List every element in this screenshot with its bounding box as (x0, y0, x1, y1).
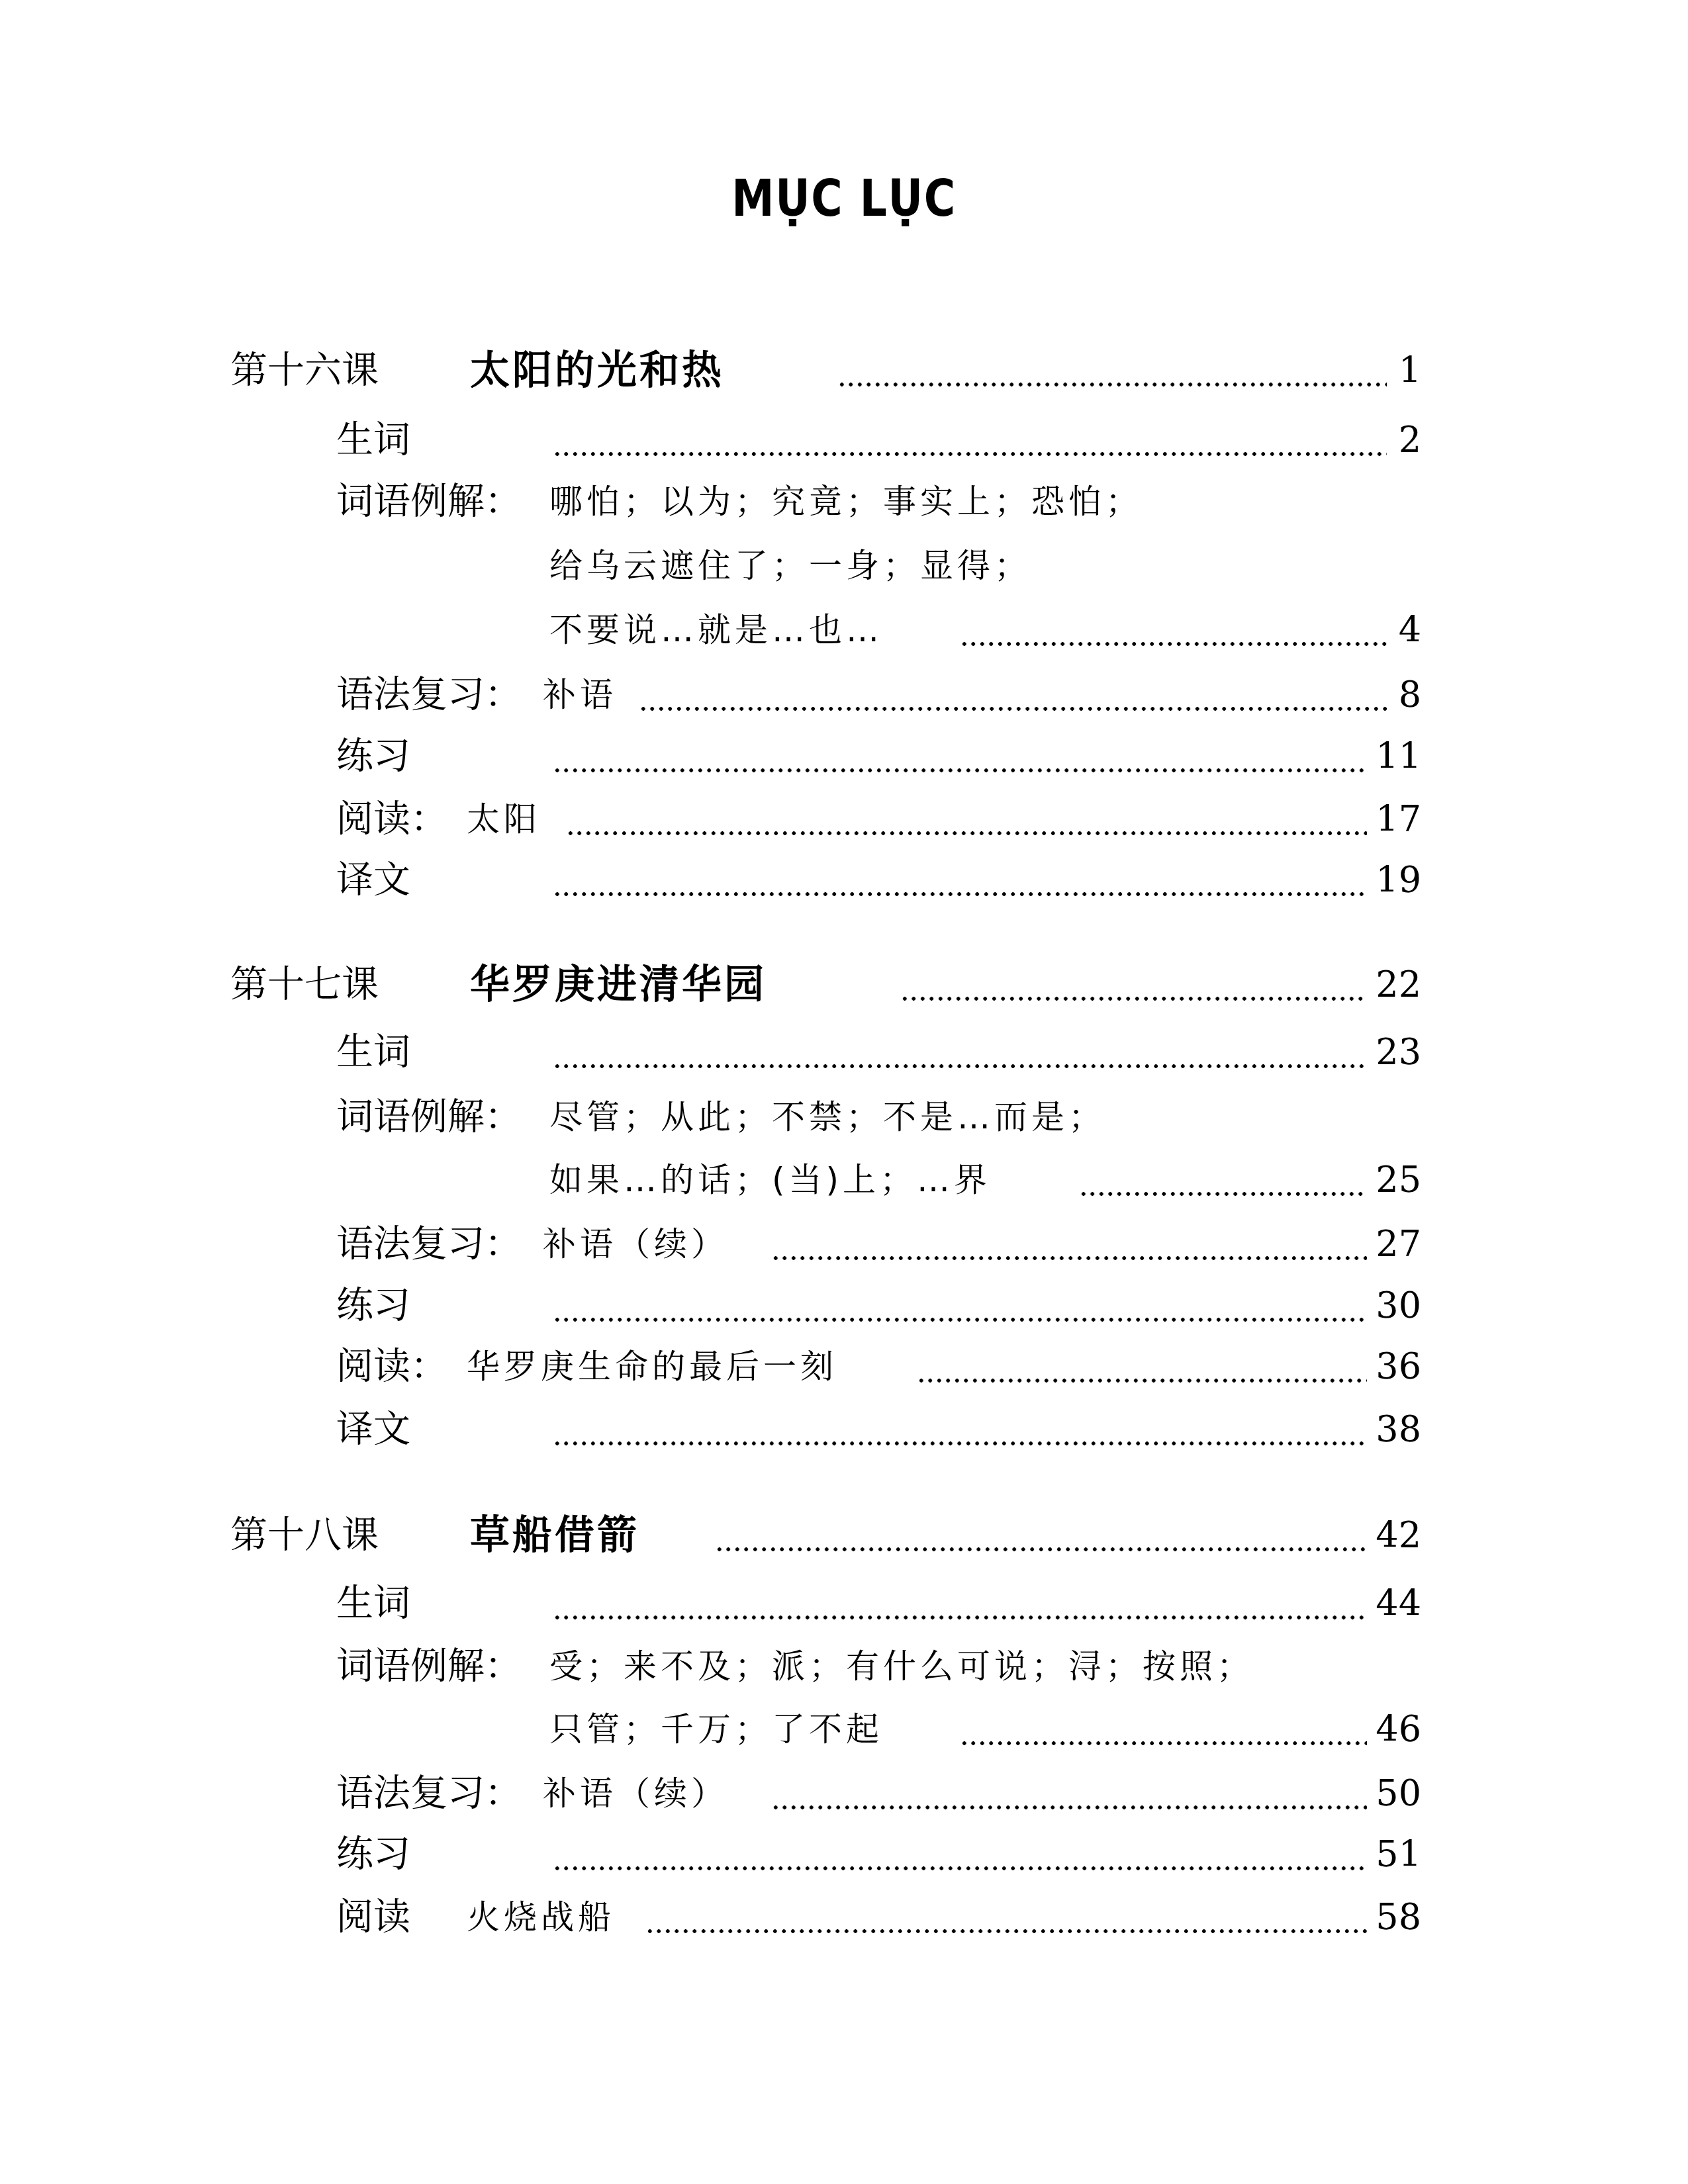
entry-detail: 只管；千万；了不起 (549, 1703, 883, 1756)
toc-entry-exercises[interactable]: 练习 30 (0, 1279, 1688, 1332)
page-number: 11 (1376, 730, 1421, 783)
page-number: 4 (1399, 604, 1421, 657)
toc-entry-exercises[interactable]: 练习 11 (0, 730, 1688, 783)
dot-leader (715, 1546, 1367, 1553)
entry-label: 词语例解： (336, 475, 522, 528)
toc-entry-vocabulary[interactable]: 生词 2 (0, 414, 1688, 467)
toc-entry-word-examples[interactable]: 词语例解： 哪怕；以为；究竟；事实上；恐怕； (0, 475, 1688, 528)
dot-leader (771, 1255, 1367, 1261)
entry-label: 练习 (336, 1828, 410, 1881)
toc-entry-translation[interactable]: 译文 19 (0, 854, 1688, 907)
page-number: 42 (1376, 1509, 1421, 1562)
entry-label: 生词 (336, 1577, 410, 1630)
page-number: 58 (1376, 1891, 1421, 1944)
entry-label: 练习 (336, 1279, 410, 1332)
page-title: MỤC LỤC (126, 169, 1562, 228)
toc-entry-reading[interactable]: 阅读 火烧战船 58 (0, 1891, 1688, 1944)
toc-entry-continuation[interactable]: 不要说…就是…也… 4 (0, 604, 1688, 657)
entry-detail: 补语（续） (543, 1218, 728, 1271)
entry-label: 阅读 (336, 1891, 410, 1944)
dot-leader (553, 1316, 1367, 1323)
dot-leader (960, 1740, 1367, 1747)
entry-detail: 尽管；从此；不禁；不是…而是； (549, 1091, 1105, 1144)
entry-label: 语法复习： (336, 1218, 522, 1271)
entry-detail: 太阳 (467, 793, 541, 846)
toc-lesson-18[interactable]: 第十八课 草船借箭 42 (0, 1509, 1688, 1562)
dot-leader (917, 1377, 1367, 1384)
dot-leader (553, 891, 1367, 897)
toc-lesson-16[interactable]: 第十六课 太阳的光和热 1 (0, 344, 1688, 397)
page-number: 2 (1399, 414, 1421, 467)
dot-leader (1079, 1191, 1367, 1197)
entry-detail: 不要说…就是…也… (549, 604, 883, 657)
entry-detail: 补语（续） (543, 1767, 728, 1820)
entry-label: 译文 (336, 854, 410, 907)
entry-detail: 火烧战船 (467, 1891, 615, 1944)
dot-leader (553, 767, 1367, 774)
entry-label: 生词 (336, 1026, 410, 1079)
dot-leader (645, 1928, 1367, 1934)
lesson-title: 太阳的光和热 (470, 344, 724, 397)
page-number: 38 (1376, 1403, 1421, 1456)
page-number: 23 (1376, 1026, 1421, 1079)
entry-label: 译文 (336, 1403, 410, 1456)
dot-leader (553, 451, 1387, 457)
entry-label: 词语例解： (336, 1640, 522, 1693)
entry-label: 语法复习： (336, 668, 522, 721)
dot-leader (553, 1614, 1367, 1621)
entry-detail: 补语 (543, 668, 617, 721)
dot-leader (566, 830, 1367, 837)
page-number: 30 (1376, 1279, 1421, 1332)
toc-lesson-17[interactable]: 第十七课 华罗庚进清华园 22 (0, 958, 1688, 1011)
page-number: 25 (1376, 1154, 1421, 1206)
toc-entry-exercises[interactable]: 练习 51 (0, 1828, 1688, 1881)
toc-entry-continuation[interactable]: 如果…的话；(当)上；…界 25 (0, 1154, 1688, 1206)
entry-label: 练习 (336, 730, 410, 783)
dot-leader (960, 641, 1387, 647)
toc-entry-word-examples[interactable]: 词语例解： 尽管；从此；不禁；不是…而是； (0, 1091, 1688, 1144)
toc-entry-continuation[interactable]: 给乌云遮住了；一身；显得； (0, 539, 1688, 592)
page-number: 44 (1376, 1577, 1421, 1630)
entry-label: 语法复习： (336, 1767, 522, 1820)
page-number: 50 (1376, 1767, 1421, 1820)
dot-leader (553, 1865, 1367, 1872)
entry-label: 阅读： (336, 1340, 447, 1393)
toc-entry-word-examples[interactable]: 词语例解： 受；来不及；派；有什么可说；浔；按照； (0, 1640, 1688, 1693)
toc-entry-reading[interactable]: 阅读： 华罗庚生命的最后一刻 36 (0, 1340, 1688, 1393)
toc-entry-grammar[interactable]: 语法复习： 补语（续） 27 (0, 1218, 1688, 1271)
dot-leader (837, 381, 1387, 388)
entry-detail: 华罗庚生命的最后一刻 (467, 1340, 837, 1393)
toc-entry-reading[interactable]: 阅读： 太阳 17 (0, 793, 1688, 846)
toc-entry-continuation[interactable]: 只管；千万；了不起 46 (0, 1703, 1688, 1756)
lesson-title: 华罗庚进清华园 (470, 958, 767, 1011)
dot-leader (553, 1440, 1367, 1447)
dot-leader (900, 995, 1367, 1002)
lesson-title: 草船借箭 (470, 1509, 639, 1562)
page-number: 8 (1399, 668, 1421, 721)
toc-entry-grammar[interactable]: 语法复习： 补语（续） 50 (0, 1767, 1688, 1820)
page-number: 36 (1376, 1340, 1421, 1393)
page-number: 27 (1376, 1218, 1421, 1271)
entry-detail: 给乌云遮住了；一身；显得； (549, 539, 1031, 592)
dot-leader (639, 705, 1387, 712)
toc-entry-vocabulary[interactable]: 生词 44 (0, 1577, 1688, 1630)
page-number: 51 (1376, 1828, 1421, 1881)
dot-leader (771, 1804, 1367, 1811)
entry-label: 词语例解： (336, 1091, 522, 1144)
toc-entry-translation[interactable]: 译文 38 (0, 1403, 1688, 1456)
toc-entry-vocabulary[interactable]: 生词 23 (0, 1026, 1688, 1079)
page-number: 22 (1376, 958, 1421, 1011)
dot-leader (553, 1063, 1367, 1069)
entry-detail: 如果…的话；(当)上；…界 (549, 1154, 991, 1206)
page-number: 1 (1399, 344, 1421, 397)
lesson-number: 第十八课 (230, 1509, 379, 1562)
entry-label: 生词 (336, 414, 410, 467)
entry-label: 阅读： (336, 793, 447, 846)
entry-detail: 受；来不及；派；有什么可说；浔；按照； (549, 1640, 1254, 1693)
page-number: 17 (1376, 793, 1421, 846)
lesson-number: 第十六课 (230, 344, 379, 397)
page-number: 46 (1376, 1703, 1421, 1756)
entry-detail: 哪怕；以为；究竟；事实上；恐怕； (549, 475, 1143, 528)
toc-entry-grammar[interactable]: 语法复习： 补语 8 (0, 668, 1688, 721)
lesson-number: 第十七课 (230, 958, 379, 1011)
page-number: 19 (1376, 854, 1421, 907)
